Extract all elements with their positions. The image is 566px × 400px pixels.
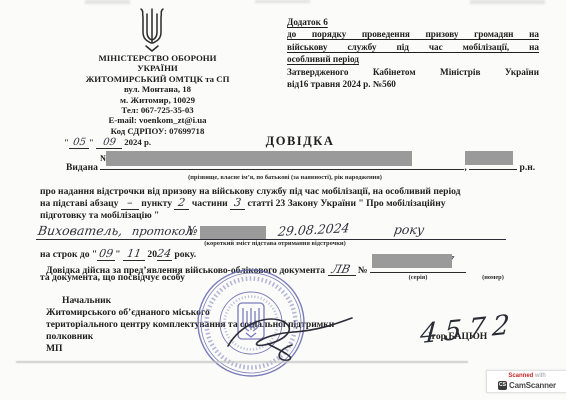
reason-no-handwritten: №	[185, 223, 199, 238]
series-handwritten: ЛВ	[331, 264, 352, 274]
scan-artifact-line	[16, 361, 468, 363]
redaction-box-year	[465, 151, 513, 165]
term-suffix: року.	[174, 249, 196, 260]
email-line: E-mail: voenkom_zt@i.ua	[40, 115, 275, 125]
scanned-document-page: МІНІСТЕРСТВО ОБОРОНИ УКРАЇНИ ЖИТОМИРСЬКИ…	[0, 0, 566, 400]
basis-line: на підставі абзацу – пункту 2 частини 3 …	[40, 198, 446, 210]
chastyna-label: частини	[192, 198, 228, 209]
redaction-box-protocol	[200, 226, 266, 239]
approved-line: Затвердженого Кабінетом Міністрів Україн…	[287, 66, 539, 78]
camscanner-badge: Scanned with CS CamScanner	[486, 370, 566, 393]
phone-line: Тел: 067-725-35-03	[40, 105, 275, 115]
issued-caption: (прізвище, власне ім’я, по батькові (за …	[110, 174, 460, 181]
tryzub-emblem-icon	[134, 7, 170, 58]
corner-number-handwritten: 4572	[419, 309, 517, 351]
series-caption: (серія)	[398, 274, 438, 281]
letterhead-right: Додаток 6 до порядку проведення призову …	[287, 16, 539, 90]
punkt-label: пункту	[141, 198, 172, 209]
annex-line: Додаток 6	[287, 16, 539, 28]
abzac-handwritten: –	[126, 198, 133, 208]
validity-line-2: та документа, що посвідчує особу	[40, 272, 185, 283]
scanned-word: Scanned	[508, 373, 533, 379]
term-prefix: на строк до "	[40, 249, 97, 260]
reason-year-word-handwritten: року	[393, 222, 425, 237]
ministry-line: МІНІСТЕРСТВО ОБОРОНИ	[40, 53, 275, 63]
law-reference: статті 23 Закону України " Про мобілізац…	[247, 198, 445, 209]
camscanner-icon: CS	[498, 381, 507, 390]
street-line: вул. Монтана, 18	[40, 84, 275, 94]
scan-smudge	[255, 0, 310, 3]
born-suffix: р.н.	[520, 162, 536, 173]
basis-line-2: підготовку та мобілізацію "	[40, 210, 159, 221]
issued-line: Видана , р.н.	[66, 157, 535, 173]
signer-post-2: Житомирського об’єднаного міського	[46, 307, 210, 318]
scan-smudge	[85, 0, 130, 4]
number-caption: (номер)	[470, 274, 516, 281]
number-label: №	[358, 265, 368, 276]
city-line: м. Житомир, 10029	[40, 95, 275, 105]
office-line: ЖИТОМИРСЬКИЙ ОМТЦК та СП	[40, 74, 275, 84]
reason-word-1-handwritten: Вихователь,	[37, 223, 124, 238]
scanned-with-label: Scanned with	[490, 373, 564, 380]
term-month-handwritten: 11	[126, 249, 141, 259]
country-line: УКРАЇНИ	[40, 63, 275, 73]
term-day-handwritten: 09	[99, 249, 114, 259]
signer-post-1: Начальник	[62, 295, 111, 306]
approved-date-line: від16 травня 2024 р. №560	[287, 78, 539, 90]
reason-caption: (короткий зміст підстава отримання відст…	[150, 240, 400, 247]
order-line-1: до порядку проведення призову громадян н…	[287, 28, 539, 40]
term-year-handwritten: 24	[157, 249, 172, 259]
order-line-3: особливий період	[287, 53, 539, 65]
with-word: with	[535, 373, 546, 379]
chastyna-handwritten: 3	[233, 198, 241, 208]
signer-rank: полковник	[46, 331, 93, 342]
deferral-paragraph: про надання відстрочки від призову на ві…	[40, 186, 550, 197]
basis-prefix: на підставі абзацу	[40, 198, 118, 209]
quote-mark: "	[115, 249, 120, 260]
redaction-box-name	[106, 151, 412, 166]
punkt-handwritten: 2	[178, 198, 186, 208]
page-title: ДОВІДКА	[40, 134, 560, 149]
issued-label: Видана	[66, 162, 98, 173]
scan-smudge	[470, 0, 545, 4]
camscanner-label: CamScanner	[509, 381, 556, 390]
order-line-2: військову службу під час мобілізації, на	[287, 41, 539, 53]
seal-placeholder-label: МП	[46, 343, 63, 354]
redaction-box-docnumber	[372, 254, 452, 268]
